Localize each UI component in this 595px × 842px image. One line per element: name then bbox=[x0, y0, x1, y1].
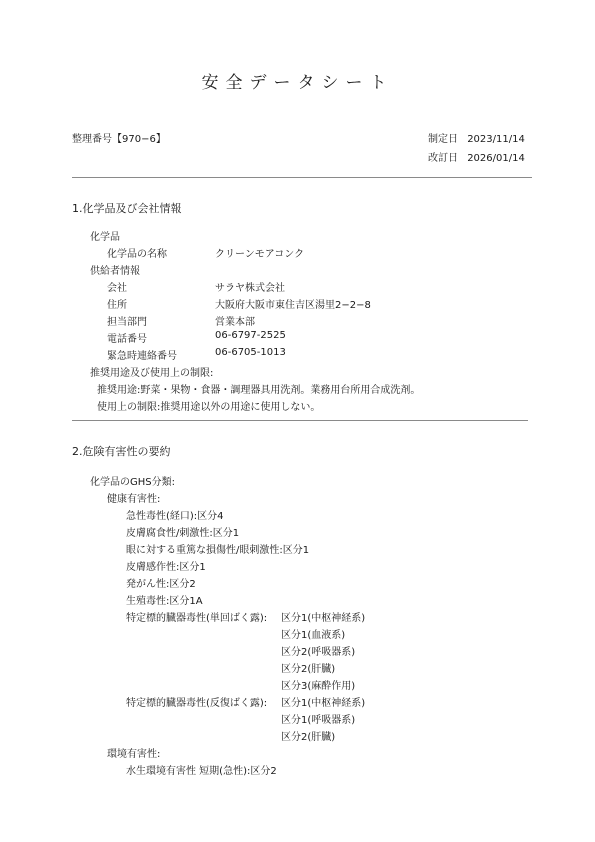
health-item: 生殖毒性:区分1A bbox=[126, 592, 203, 607]
supplier-department-value: 営業本部 bbox=[215, 313, 255, 328]
stot-single-label: 特定標的臓器毒性(単回ばく露): bbox=[126, 609, 267, 624]
established-date: 制定日 2023/11/14 bbox=[428, 130, 525, 145]
chemical-name-value: クリーンモアコンク bbox=[215, 245, 304, 260]
section-divider bbox=[72, 420, 528, 421]
supplier-phone-key: 電話番号 bbox=[107, 330, 147, 345]
supplier-phone-value: 06-6797-2525 bbox=[215, 330, 286, 341]
stot-single-item: 区分2(肝臓) bbox=[281, 660, 335, 675]
health-hazard-label: 健康有害性: bbox=[107, 490, 160, 505]
ghs-label: 化学品のGHS分類: bbox=[90, 473, 175, 488]
revised-date: 改訂日 2026/01/14 bbox=[428, 149, 525, 164]
revised-date-value: 2026/01/14 bbox=[467, 153, 525, 164]
stot-single-item: 区分3(麻酔作用) bbox=[281, 677, 355, 692]
health-item: 皮膚感作性:区分1 bbox=[126, 558, 206, 573]
environmental-hazard-label: 環境有害性: bbox=[107, 745, 160, 760]
stot-single-item: 区分1(血液系) bbox=[281, 626, 345, 641]
supplier-address-value: 大阪府大阪市東住吉区湯里2−2−8 bbox=[215, 296, 371, 311]
use-restriction: 使用上の制限:推奨用途以外の用途に使用しない。 bbox=[97, 398, 320, 413]
revised-date-label: 改訂日 bbox=[428, 149, 458, 164]
established-date-value: 2023/11/14 bbox=[467, 134, 525, 145]
supplier-company-value: サラヤ株式会社 bbox=[215, 279, 285, 294]
stot-repeated-item: 区分2(肝臓) bbox=[281, 728, 335, 743]
established-date-label: 制定日 bbox=[428, 130, 458, 145]
environmental-item: 水生環境有害性 短期(急性):区分2 bbox=[126, 762, 277, 777]
supplier-label: 供給者情報 bbox=[90, 262, 140, 277]
health-item: 皮膚腐食性/刺激性:区分1 bbox=[126, 524, 239, 539]
health-item: 急性毒性(経口):区分4 bbox=[126, 507, 224, 522]
chemical-name-key: 化学品の名称 bbox=[107, 245, 167, 260]
header-divider bbox=[72, 177, 532, 178]
stot-repeated-item: 区分1(呼吸器系) bbox=[281, 711, 355, 726]
recommended-use: 推奨用途:野菜・果物・食器・調理器具用洗剤。業務用台所用合成洗剤。 bbox=[97, 381, 420, 396]
section-1-heading: 1.化学品及び会社情報 bbox=[72, 200, 182, 216]
use-heading: 推奨用途及び使用上の制限: bbox=[90, 364, 213, 379]
stot-single-item: 区分2(呼吸器系) bbox=[281, 643, 355, 658]
supplier-address-key: 住所 bbox=[107, 296, 127, 311]
stot-repeated-label: 特定標的臓器毒性(反復ばく露): bbox=[126, 694, 267, 709]
stot-repeated-item: 区分1(中枢神経系) bbox=[281, 694, 365, 709]
supplier-emergency-key: 緊急時連絡番号 bbox=[107, 347, 177, 362]
document-title: 安全データシート bbox=[0, 68, 595, 93]
supplier-company-key: 会社 bbox=[107, 279, 127, 294]
section-2-heading: 2.危険有害性の要約 bbox=[72, 443, 171, 459]
health-item: 眼に対する重篤な損傷性/眼刺激性:区分1 bbox=[126, 541, 309, 556]
supplier-department-key: 担当部門 bbox=[107, 313, 147, 328]
supplier-emergency-value: 06-6705-1013 bbox=[215, 347, 286, 358]
chemical-label: 化学品 bbox=[90, 228, 120, 243]
reference-number: 整理番号【970−6】 bbox=[72, 130, 166, 145]
stot-single-item: 区分1(中枢神経系) bbox=[281, 609, 365, 624]
health-item: 発がん性:区分2 bbox=[126, 575, 196, 590]
